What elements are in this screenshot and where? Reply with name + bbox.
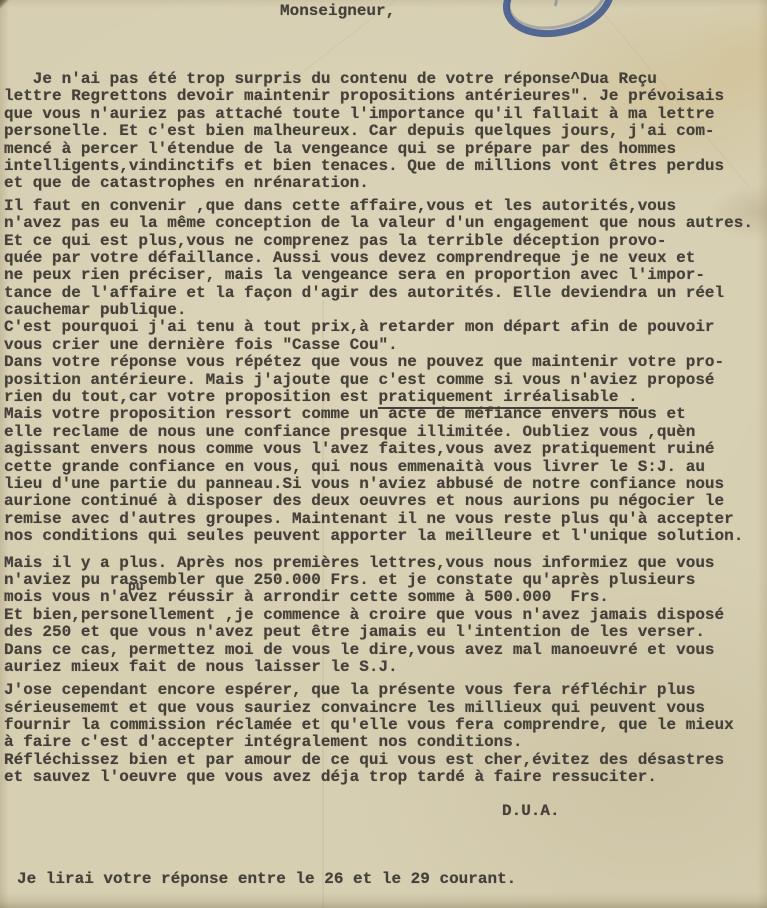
letter-line: Et ce qui est plus,vous ne comprenez pas… bbox=[4, 233, 767, 250]
letter-line: Mais votre proposition ressort comme un … bbox=[4, 406, 767, 423]
letter-line: remise avec d'autres groupes. Maintenant… bbox=[4, 511, 767, 528]
letter-line: fournir la commission réclamée et qu'ell… bbox=[4, 717, 767, 734]
letter-line: elle reclame de nous une confiance presq… bbox=[4, 424, 767, 441]
letter-line: vous crier une dernière fois "Casse Cou"… bbox=[4, 337, 767, 354]
letter-line: mencé à percer l'étendue de la vengeance… bbox=[4, 141, 767, 158]
letter-line: n'avez pas eu la même conception de la v… bbox=[4, 215, 767, 232]
letter-line: personelle. Et c'est bien malheureux. Ca… bbox=[4, 123, 767, 140]
letter-line: à faire c'est d'accepter intégralement n… bbox=[4, 734, 767, 751]
letter-line: Dans ce cas, permettez moi de vous le di… bbox=[4, 642, 767, 659]
letter-line: intelligents,vindinctifs et bien tenaces… bbox=[4, 158, 767, 175]
letter-line: cauchemar publique. bbox=[4, 302, 767, 319]
letter-line: nos conditions qui seules peuvent apport… bbox=[4, 528, 767, 545]
letter-body: Je n'ai pas été trop surpris du contenu … bbox=[4, 71, 767, 787]
letter-line: Dans votre réponse vous répétez que vous… bbox=[4, 354, 767, 371]
salutation: Monseigneur, bbox=[280, 2, 395, 20]
signature: D.U.A. bbox=[4, 803, 767, 820]
letter-line: ne peux rien préciser, mais la vengeance… bbox=[4, 267, 767, 284]
letter-line: et sauvez l'oeuvre que vous avez déja tr… bbox=[4, 769, 767, 786]
letter-line: auriez mieux fait de nous laisser le S.J… bbox=[4, 659, 767, 676]
letter-line: rien du tout,car votre proposition est p… bbox=[4, 389, 767, 406]
letter-line: n'aviez pu rassembler que 250.000 Frs. e… bbox=[4, 572, 767, 589]
letter-line: tance de l'affaire et la façon d'agir de… bbox=[4, 285, 767, 302]
letter-line: sérieusememt et que vous sauriez convain… bbox=[4, 700, 767, 717]
letter-line: C'est pourquoi j'ai tenu à tout prix,à r… bbox=[4, 319, 767, 336]
letter-line: quée par votre défaillance. Aussi vous d… bbox=[4, 250, 767, 267]
letter-line: lettre Regrettons devoir maintenir propo… bbox=[4, 88, 767, 105]
interlinear-insertion: pu bbox=[128, 580, 144, 593]
blue-oval-stamp-icon bbox=[492, 0, 626, 49]
letter-line: agissant envers nous comme vous l'avez f… bbox=[4, 441, 767, 458]
letter-line: Réfléchissez bien et par amour de ce qui… bbox=[4, 752, 767, 769]
letter-line: lieu d'une partie du panneau.Si vous n'a… bbox=[4, 476, 767, 493]
letter-line: Je n'ai pas été trop surpris du contenu … bbox=[4, 71, 767, 88]
postscript: Je lirai votre réponse entre le 26 et le… bbox=[4, 871, 767, 888]
letter-page: Monseigneur, Je n'ai pas été trop surpri… bbox=[0, 0, 767, 908]
letter-line: Et bien,personellement ,je commence à cr… bbox=[4, 607, 767, 624]
letter-line: et que de catastrophes en nrénaration. bbox=[4, 175, 767, 192]
letter-line: cette grande confiance en vous, qui nous… bbox=[4, 459, 767, 476]
letter-line: aurione continué à disposer des deux oeu… bbox=[4, 493, 767, 510]
letter-line: mois vous n'avez réussir à arrondir cett… bbox=[4, 589, 767, 606]
letter-line: des 250 et que vous n'avez peut être jam… bbox=[4, 624, 767, 641]
letter-line: position antérieure. Mais j'ajoute que c… bbox=[4, 372, 767, 389]
letter-line: Il faut en convenir ,que dans cette affa… bbox=[4, 198, 767, 215]
letter-line: Mais il y a plus. Après nos premières le… bbox=[4, 555, 767, 572]
letter-line: J'ose cependant encore espérer, que la p… bbox=[4, 682, 767, 699]
letter-line: que vous n'auriez pas attaché toute l'im… bbox=[4, 106, 767, 123]
